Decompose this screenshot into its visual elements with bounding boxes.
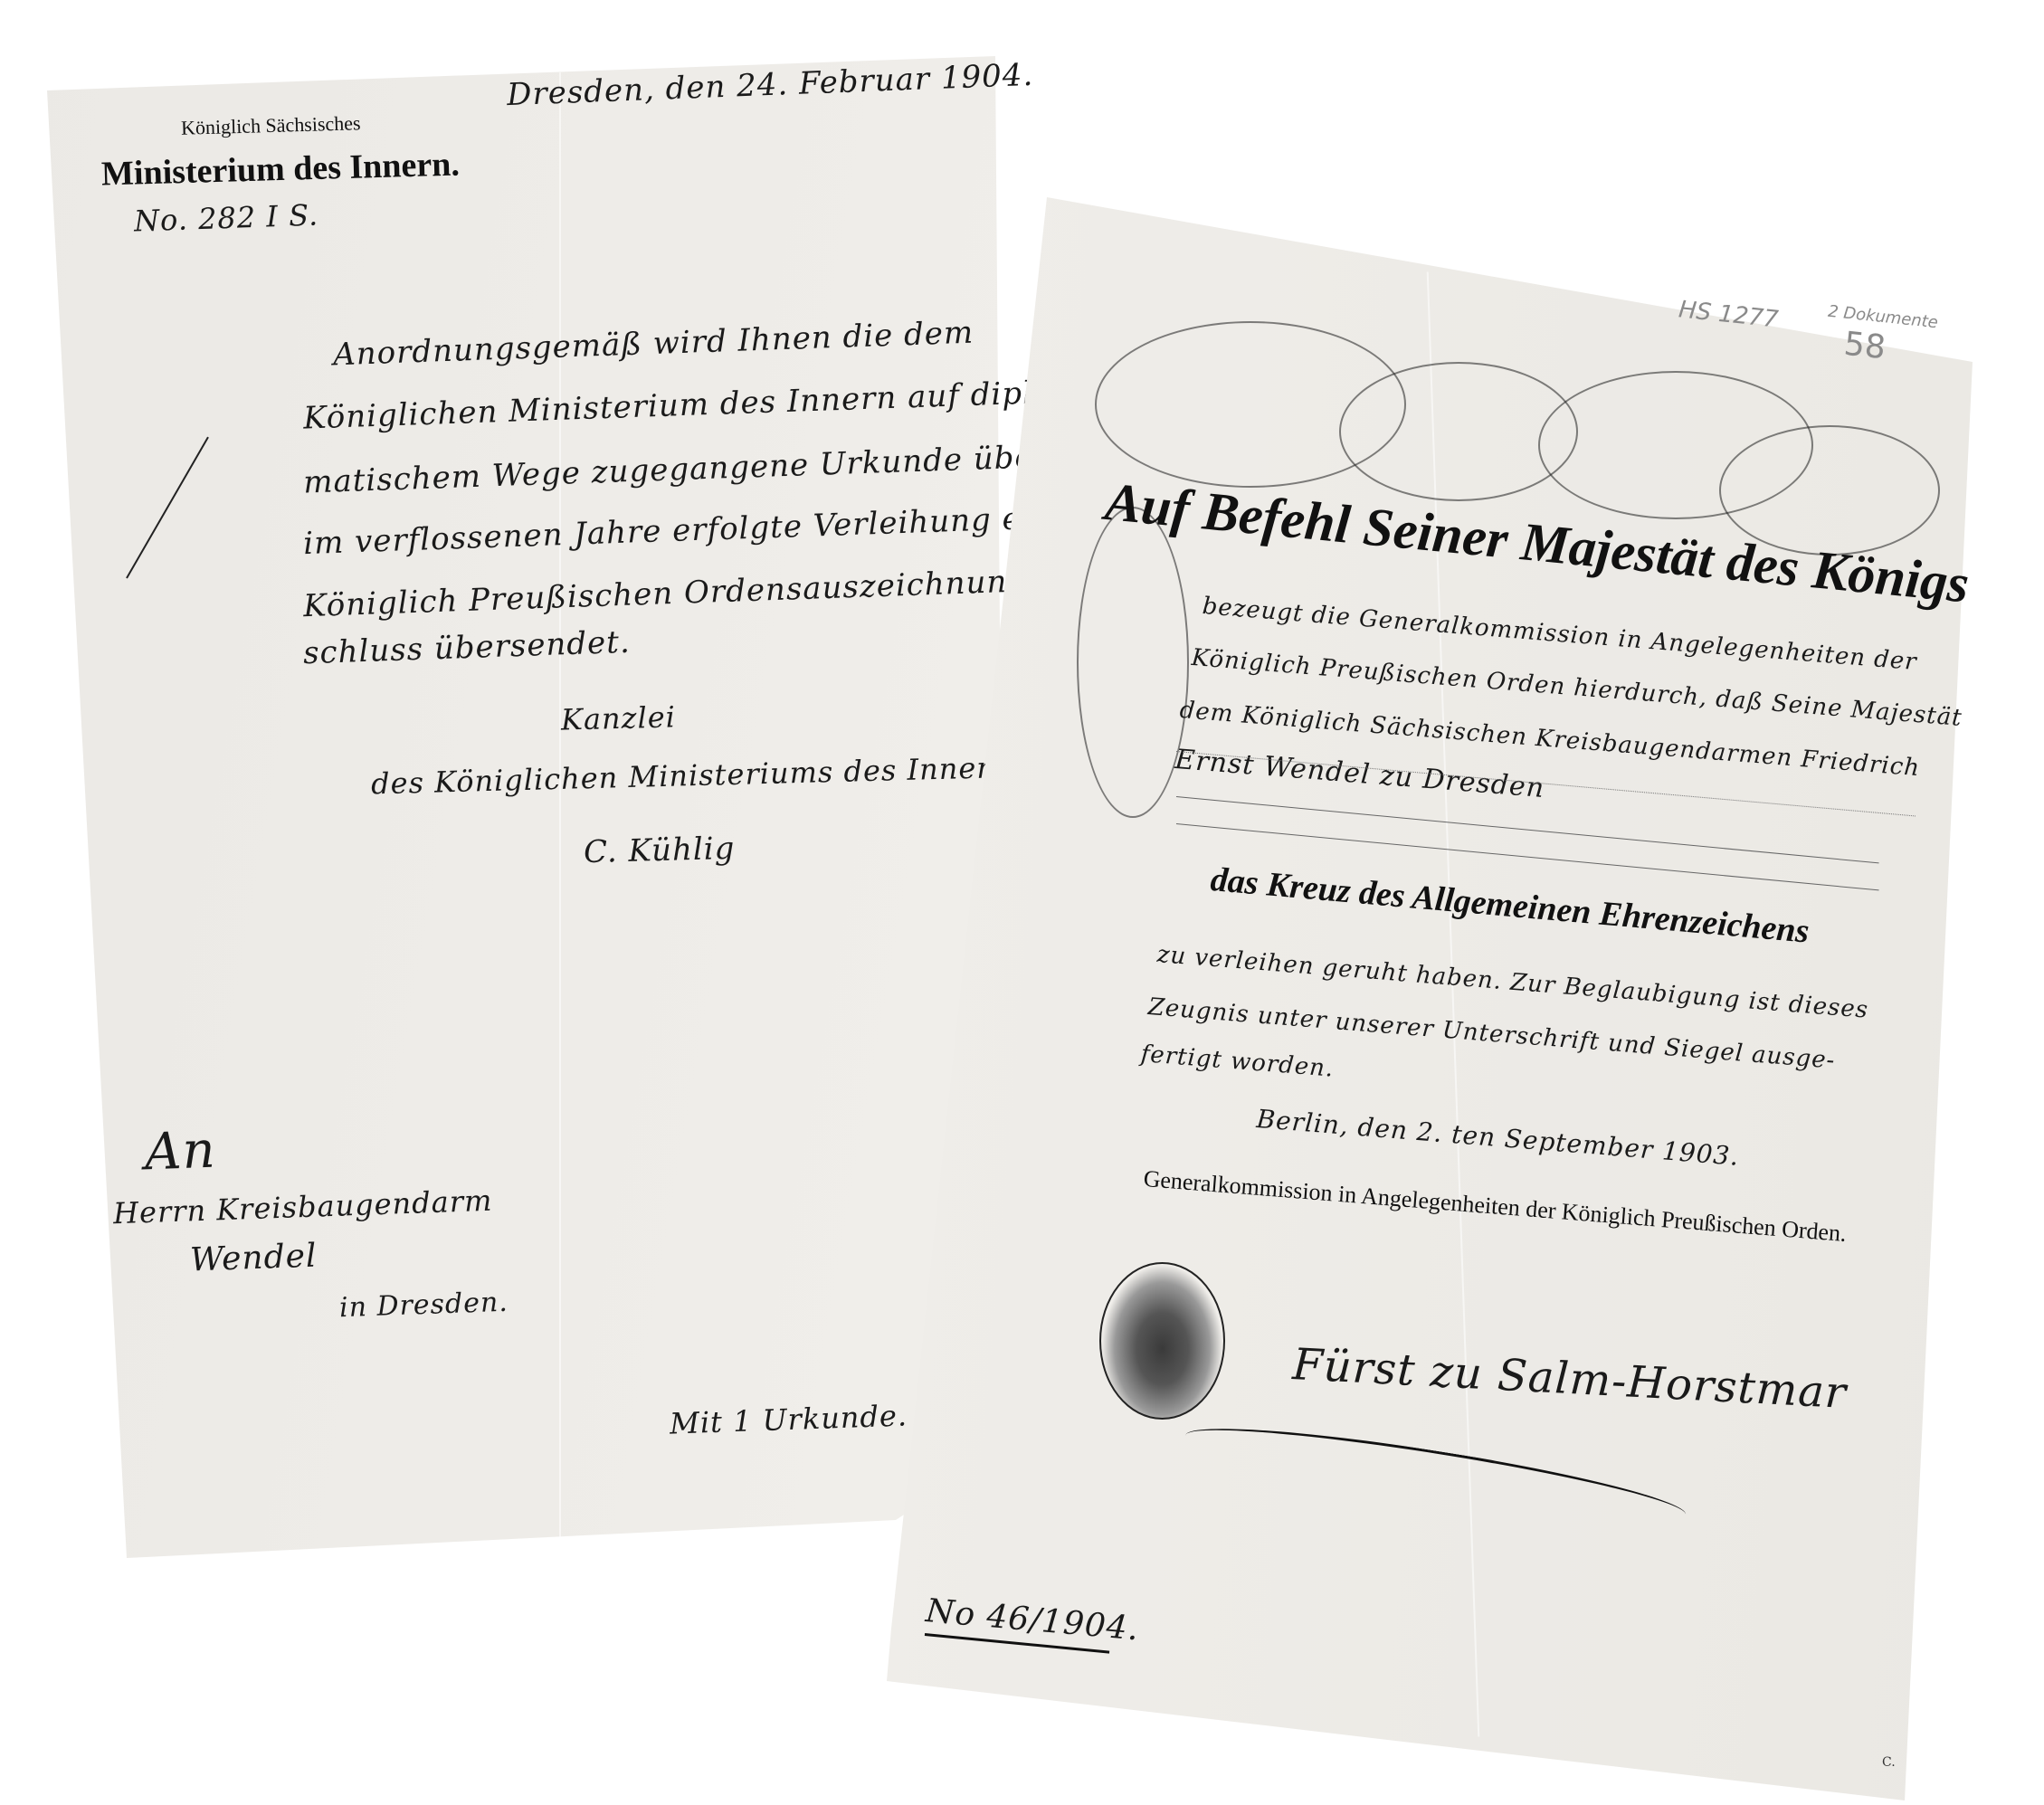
coat-of-arms-seal-icon <box>1099 1262 1225 1420</box>
flourish-decoration <box>1077 507 1189 818</box>
archive-note: 2 Dokumente <box>1827 302 1939 333</box>
corner-mark: C. <box>1882 1755 1896 1770</box>
right-paper <box>0 0 2044 1805</box>
archive-number: 58 <box>1842 326 1887 367</box>
right-document-sheet: HS 1277 2 Dokumente 58 Auf Befehl Seiner… <box>0 0 2044 1805</box>
